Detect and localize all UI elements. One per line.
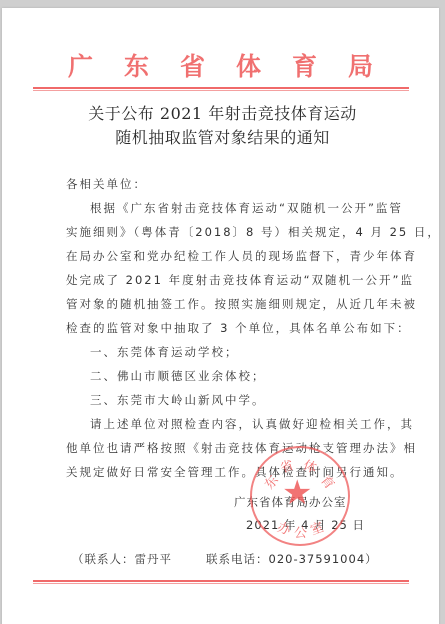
header-red-rule — [33, 87, 409, 89]
masthead-char: 育 — [292, 52, 317, 82]
paragraph-2-line: 请上述单位对照检查内容，认真做好迎检相关工作，其 — [90, 416, 414, 432]
paragraph-1-line: 检查的监管对象中抽取了 3 个单位，具体名单公布如下： — [66, 320, 411, 336]
issue-date: 2021 年 4 月 25 日 — [246, 517, 365, 533]
selected-unit-item: 三、东莞市大岭山新风中学。 — [90, 392, 266, 408]
contact-info: （联系人：雷丹平联系电话：020-37591004） — [72, 551, 378, 567]
salutation: 各相关单位： — [66, 176, 147, 192]
masthead-char: 广 — [68, 52, 93, 82]
selected-unit-item: 一、东莞体育运动学校； — [90, 344, 239, 360]
paragraph-1-line: 实施细则》（粤体青〔2018〕8 号）相关规定，4 月 25 日， — [66, 224, 441, 240]
header-red-rule-thin — [33, 90, 409, 91]
paragraph-2-line: 关规定做好日常安全管理工作。具体检查时间另行通知。 — [66, 464, 404, 480]
masthead-char: 局 — [348, 52, 373, 82]
paragraph-1-line: 在局办公室和党办纪检工作人员的现场监督下，青少年体育 — [66, 248, 417, 264]
masthead-char: 体 — [236, 52, 261, 82]
issuer-name: 广东省体育局办公室 — [234, 494, 347, 510]
paragraph-2-line: 他单位也请严格按照《射击竞技体育运动枪支管理办法》相 — [66, 440, 417, 456]
masthead: 广 东 省 体 育 局 — [0, 52, 445, 82]
masthead-char: 省 — [180, 52, 205, 82]
document-page — [2, 8, 439, 624]
document-title-line-2: 随机抽取监管对象结果的通知 — [0, 128, 445, 148]
paragraph-1-line: 根据《广东省射击竞技体育运动“双随机一公开”监管 — [90, 200, 403, 216]
selected-unit-item: 二、佛山市顺德区业余体校； — [90, 368, 266, 384]
footer-red-rule-thin — [33, 583, 409, 584]
paragraph-1-line: 处完成了 2021 年度射击竞技体育运动“双随机一公开”监 — [66, 272, 414, 288]
contact-person: （联系人：雷丹平 — [72, 552, 172, 566]
masthead-char: 东 — [124, 52, 149, 82]
contact-phone: 联系电话：020-37591004） — [206, 552, 378, 566]
paragraph-1-line: 管对象的随机抽签工作。按照实施细则规定，从近几年未被 — [66, 296, 417, 312]
document-title-line-1: 关于公布 2021 年射击竞技体育运动 — [0, 104, 445, 124]
footer-red-rule — [33, 580, 409, 582]
